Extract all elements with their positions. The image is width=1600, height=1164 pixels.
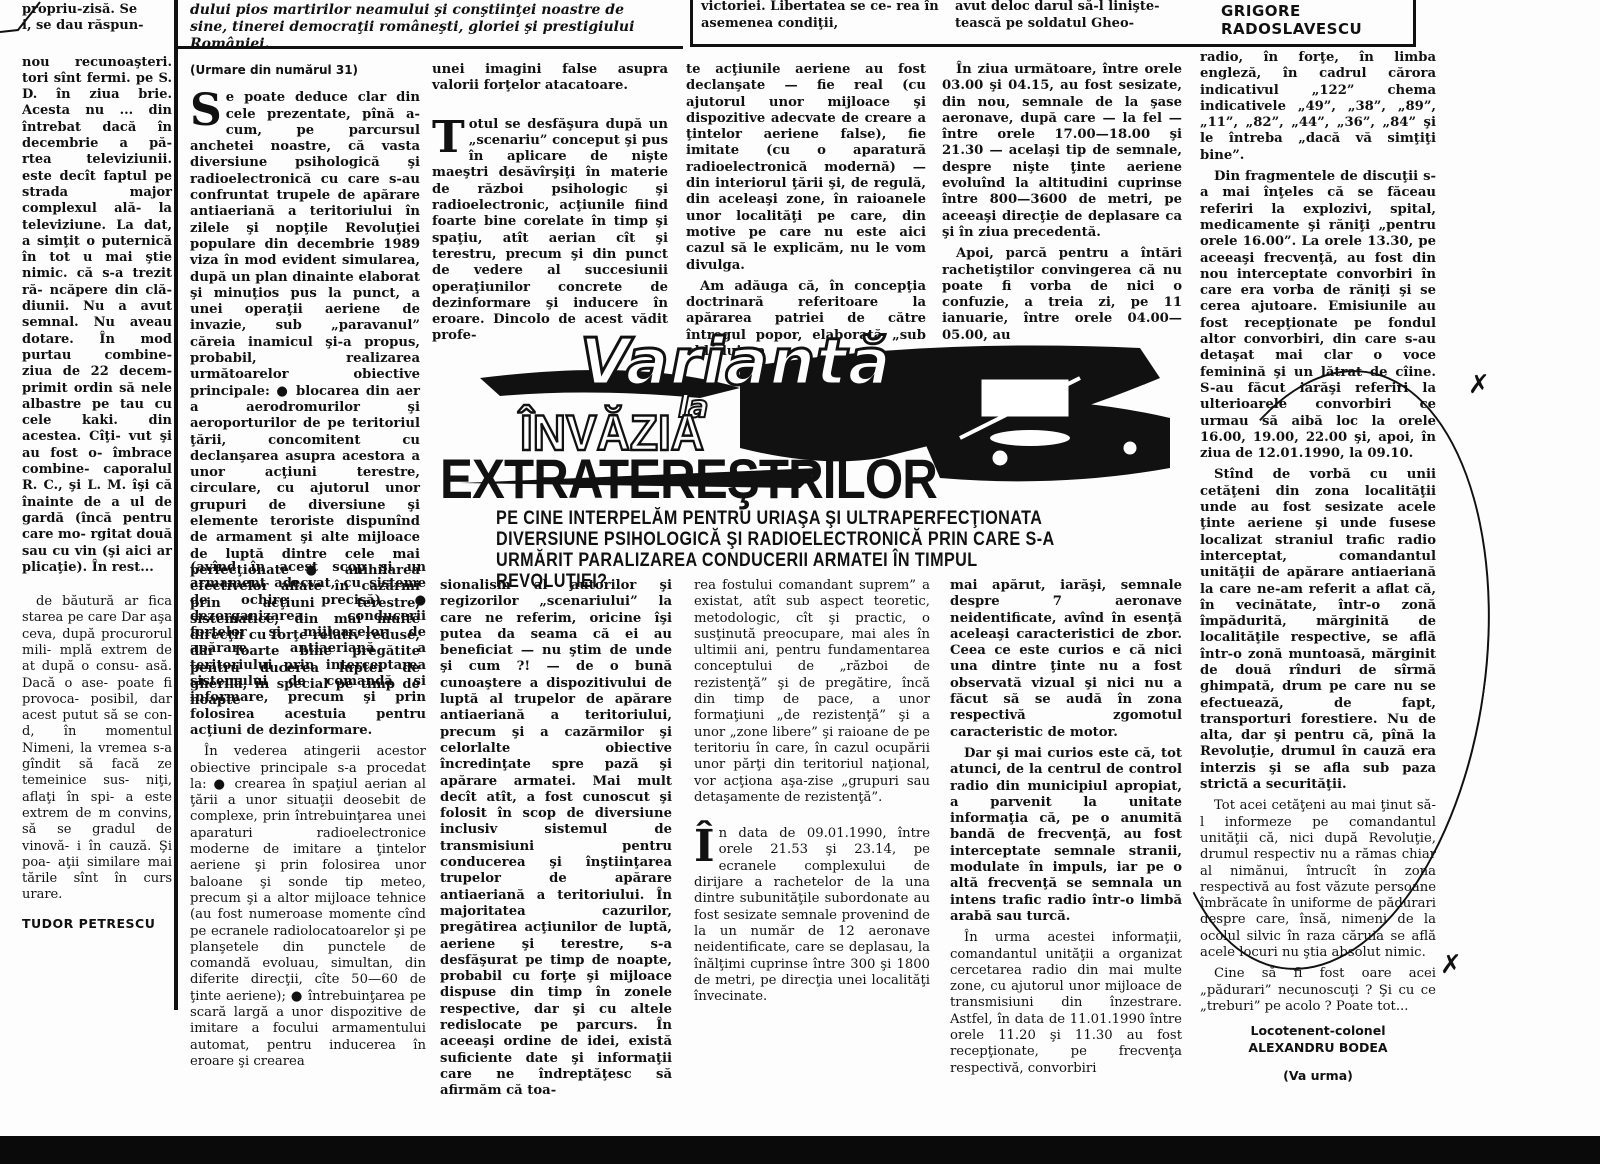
article-col4-top: În ziua următoare, între orele 03.00 şi … [942,62,1182,349]
col5-text-4: Tot acei cetăţeni au mai ţinut să-l info… [1200,798,1436,961]
dropcap-i: Î [694,828,715,866]
col1-bottom-text-2: În vederea atingerii acestor obiective p… [190,744,426,1070]
col4-bottom-text-3: În urma acestei informaţii, comandantul … [950,930,1182,1077]
left-column-author: TUDOR PETRESCU [22,916,172,932]
left-paragraph-2: de băutură ar fica starea pe care Dar aş… [22,594,172,904]
col4-top-text-1: În ziua următoare, între orele 03.00 şi … [942,62,1182,241]
headline-banner: Variantă la ÎNVĂZIA EXTRATEREŞTRILOR [440,318,1176,498]
article-col5: radio, în forţe, în limba engleză, în ca… [1200,50,1436,1084]
scan-bottom-edge [0,1136,1600,1164]
dropcap-s: S [190,92,222,130]
headline-varianta: Variantă [580,326,892,400]
left-column-fragment: propriu-zisă. Se i, se dau răspun- nou r… [22,2,172,932]
col3-bottom-text-1: rea fostului comandant suprem” a existat… [694,578,930,806]
dropcap-t: T [432,119,465,157]
col2-top-text-2: otul se desfăşura după un „scenariu” con… [432,117,668,344]
col5-text-3: Stînd de vorbă cu unii cetăţeni din zona… [1200,467,1436,793]
top-boxed-article: victoriei. Libertatea se ce- rea în asem… [690,0,1416,47]
col3-bottom-text-2: n data de 09.01.1990, între orele 21.53 … [694,826,930,1004]
column-divider-left [174,0,178,1010]
article-col3-bottom: rea fostului comandant suprem” a existat… [694,578,930,1010]
col2-top-text-1: unei imagini false asupra valorii forţel… [432,62,668,95]
col2-bottom-text: sionalism al autorilor şi regizorilor „s… [440,578,672,1100]
top-box-author: GRIGORE RADOSLAVESCU [1221,2,1413,38]
col5-text-1: radio, în forţe, în limba engleză, în ca… [1200,50,1436,164]
col4-bottom-text-1: mai apărut, iarăşi, semnale despre 7 aer… [950,578,1182,741]
headline-extraterestrilor: EXTRATEREŞTRILOR [440,446,937,511]
col4-bottom-text-2: Dar şi mai curios este că, tot atunci, d… [950,746,1182,925]
top-box-column-2: avut deloc darul să-l linişte- tească pe… [955,0,1195,32]
col3-top-text-1: te acţiunile aeriene au fost declanşate … [686,62,926,274]
col5-text-2: Din fragmentele de discuţii s-a mai înţe… [1200,169,1436,462]
article-col1-bottom: (avînd în acest scop şi un armament adec… [190,560,426,1075]
col5-text-5: Cine să fi fost oare acei „pădurari” nec… [1200,966,1436,1015]
left-paragraph-1: nou recunoaşteri. tori sînt fermi. pe S.… [22,55,172,577]
article-col2-bottom: sionalism al autorilor şi regizorilor „s… [440,578,672,1105]
top-box-column-1: victoriei. Libertatea se ce- rea în asem… [701,0,941,32]
col1-bottom-text-1: (avînd în acest scop şi un armament adec… [190,560,426,739]
signature-name: ALEXANDRU BODEA [1200,1040,1436,1056]
hand-drawn-line-icon [0,0,60,40]
handwritten-mark-top-icon: ✗ [1468,370,1490,400]
continuation-note: (Urmare din numărul 31) [190,62,420,78]
signature-rank: Locotenent-colonel [1200,1023,1436,1039]
top-divider [178,46,683,49]
article-col4-bottom: mai apărut, iarăşi, semnale despre 7 aer… [950,578,1182,1082]
handwritten-mark-bottom-icon: ✗ [1440,950,1462,980]
article-col2-top: unei imagini false asupra valorii forţel… [432,62,668,350]
to-be-continued: (Va urma) [1200,1068,1436,1084]
